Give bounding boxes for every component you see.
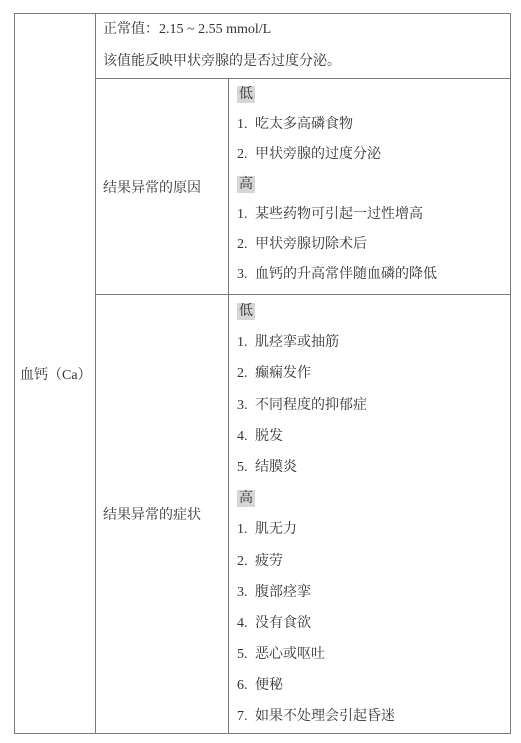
level-tag-line: 高 [237,170,510,200]
item-text: 癫痫发作 [255,366,311,381]
item-text: 腹部痉挛 [255,585,311,600]
item-text: 某些药物可引起一过性增高 [255,207,423,222]
item-number: 1. [237,110,255,140]
list-item: 3.腹部痉挛 [237,577,510,608]
tag-low-label: 低 [237,303,255,320]
item-text: 吃太多高磷食物 [255,117,353,132]
item-number: 5. [237,639,255,670]
list-item: 1.某些药物可引起一过性增高 [237,200,510,230]
item-text: 便秘 [255,678,283,693]
item-number: 1. [237,327,255,358]
item-text: 肌痉挛或抽筋 [255,335,339,350]
item-number: 1. [237,514,255,545]
item-text: 肌无力 [255,522,297,537]
item-text: 恶心或呕吐 [255,647,325,662]
symptoms-list-cell: 低 1.肌痉挛或抽筋 2.癫痫发作 3.不同程度的抑郁症 4.脱发 5.结膜炎 … [229,295,511,734]
tag-high-label: 高 [237,176,255,193]
list-item: 3.不同程度的抑郁症 [237,390,510,421]
document-page: { "colors": { "border": "#7b7b7b", "text… [0,0,521,743]
item-number: 5. [237,452,255,483]
item-number: 2. [237,140,255,170]
test-name-cell: 血钙（Ca） [15,14,96,734]
item-text: 血钙的升高常伴随血磷的降低 [255,267,437,282]
item-number: 3. [237,260,255,290]
normal-value-cell: 正常值：2.15 ~ 2.55 mmol/L 该值能反映甲状旁腺的是否过度分泌。 [96,14,511,79]
item-text: 甲状旁腺的过度分泌 [255,147,381,162]
item-text: 没有食欲 [255,616,311,631]
list-item: 6.便秘 [237,670,510,701]
item-number: 4. [237,421,255,452]
item-text: 疲劳 [255,554,283,569]
blood-calcium-table: 血钙（Ca） 正常值：2.15 ~ 2.55 mmol/L 该值能反映甲状旁腺的… [14,13,511,734]
test-name-label: 血钙（Ca） [20,368,92,383]
list-item: 2.甲状旁腺切除术后 [237,230,510,260]
section-header-symptoms: 结果异常的症状 [103,508,201,523]
tag-high-label: 高 [237,490,255,507]
list-item: 4.没有食欲 [237,608,510,639]
list-item: 2.癫痫发作 [237,358,510,389]
normal-value-text: 正常值：2.15 ~ 2.55 mmol/L [103,14,510,46]
tag-low-label: 低 [237,86,255,103]
list-item: 4.脱发 [237,421,510,452]
item-text: 不同程度的抑郁症 [255,398,367,413]
section-header-symptoms-cell: 结果异常的症状 [96,295,229,734]
list-item: 2.疲劳 [237,546,510,577]
item-text: 脱发 [255,429,283,444]
item-text: 结膜炎 [255,460,297,475]
table-row: 血钙（Ca） 正常值：2.15 ~ 2.55 mmol/L 该值能反映甲状旁腺的… [15,14,511,79]
list-item: 3.血钙的升高常伴随血磷的降低 [237,260,510,290]
item-number: 4. [237,608,255,639]
causes-list-cell: 低 1.吃太多高磷食物 2.甲状旁腺的过度分泌 高 1.某些药物可引起一过性增高… [229,79,511,295]
description-text: 该值能反映甲状旁腺的是否过度分泌。 [103,46,510,78]
section-header-causes: 结果异常的原因 [103,181,201,196]
item-number: 6. [237,670,255,701]
item-number: 2. [237,230,255,260]
level-tag-line: 低 [237,296,510,327]
level-tag-line: 高 [237,483,510,514]
list-item: 5.恶心或呕吐 [237,639,510,670]
level-tag-line: 低 [237,80,510,110]
item-number: 1. [237,200,255,230]
item-number: 2. [237,358,255,389]
list-item: 2.甲状旁腺的过度分泌 [237,140,510,170]
item-text: 甲状旁腺切除术后 [255,237,367,252]
item-number: 3. [237,577,255,608]
section-header-causes-cell: 结果异常的原因 [96,79,229,295]
list-item: 1.吃太多高磷食物 [237,110,510,140]
list-item: 1.肌无力 [237,514,510,545]
item-number: 7. [237,701,255,732]
list-item: 7.如果不处理会引起昏迷 [237,701,510,732]
item-number: 3. [237,390,255,421]
list-item: 1.肌痉挛或抽筋 [237,327,510,358]
item-text: 如果不处理会引起昏迷 [255,709,395,724]
item-number: 2. [237,546,255,577]
list-item: 5.结膜炎 [237,452,510,483]
